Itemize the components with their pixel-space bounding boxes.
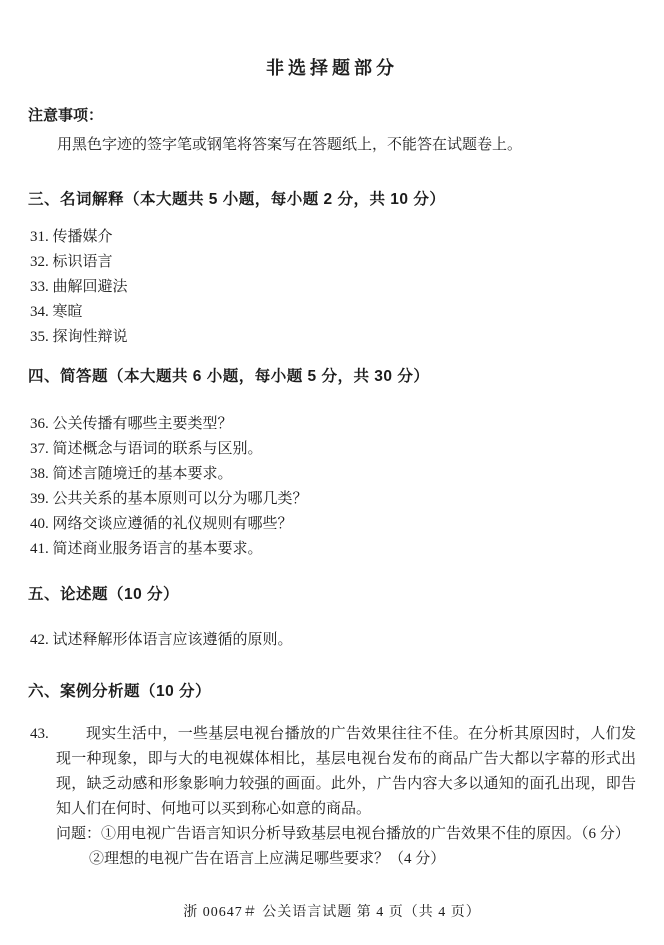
question-item-42: 42. 试述释解形体语言应该遵循的原则。 [30, 628, 634, 653]
case-subquestion-1: 问题：①用电视广告语言知识分析导致基层电视台播放的广告效果不佳的原因。（6 分） [56, 822, 636, 847]
case-question-43: 43. 现实生活中，一些基层电视台播放的广告效果往往不佳。在分析其原因时，人们发… [30, 722, 636, 822]
section-heading-essay: 五、论述题（10 分） [28, 582, 664, 604]
section-heading-case-analysis: 六、案例分析题（10 分） [28, 679, 664, 701]
question-item-39: 39. 公共关系的基本原则可以分为哪几类？ [30, 487, 634, 512]
question-item-34: 34. 寒暄 [30, 300, 634, 325]
glossary-item-list: 31. 传播媒介 32. 标识语言 33. 曲解回避法 34. 寒暄 35. 探… [0, 225, 664, 350]
page-title: 非选择题部分 [0, 54, 664, 80]
question-item-35: 35. 探询性辩说 [30, 325, 634, 350]
question-item-40: 40. 网络交谈应遵循的礼仪规则有哪些？ [30, 512, 634, 537]
section-heading-glossary: 三、名词解释（本大题共 5 小题，每小题 2 分，共 10 分） [28, 187, 664, 209]
question-item-38: 38. 简述言随境迁的基本要求。 [30, 462, 634, 487]
short-answer-item-list: 36. 公关传播有哪些主要类型？ 37. 简述概念与语词的联系与区别。 38. … [0, 412, 664, 562]
exam-page: 非选择题部分 注意事项： 用黑色字迹的签字笔或钢笔将答案写在答题纸上，不能答在试… [0, 0, 664, 945]
question-item-37: 37. 简述概念与语词的联系与区别。 [30, 437, 634, 462]
case-question-number: 43. [30, 722, 56, 822]
question-item-36: 36. 公关传播有哪些主要类型？ [30, 412, 634, 437]
page-footer: 浙 00647＃ 公关语言试题 第 4 页（共 4 页） [0, 901, 664, 921]
section-heading-short-answer: 四、简答题（本大题共 6 小题，每小题 5 分，共 30 分） [28, 364, 664, 386]
question-item-33: 33. 曲解回避法 [30, 275, 634, 300]
question-item-41: 41. 简述商业服务语言的基本要求。 [30, 537, 634, 562]
case-subquestion-2: ②理想的电视广告在语言上应满足哪些要求？（4 分） [89, 847, 636, 872]
question-item-32: 32. 标识语言 [30, 250, 634, 275]
notice-text: 用黑色字迹的签字笔或钢笔将答案写在答题纸上，不能答在试题卷上。 [57, 134, 634, 156]
notice-label: 注意事项： [28, 104, 664, 125]
question-item-31: 31. 传播媒介 [30, 225, 634, 250]
case-question-body: 现实生活中，一些基层电视台播放的广告效果往往不佳。在分析其原因时，人们发现一种现… [56, 722, 636, 822]
